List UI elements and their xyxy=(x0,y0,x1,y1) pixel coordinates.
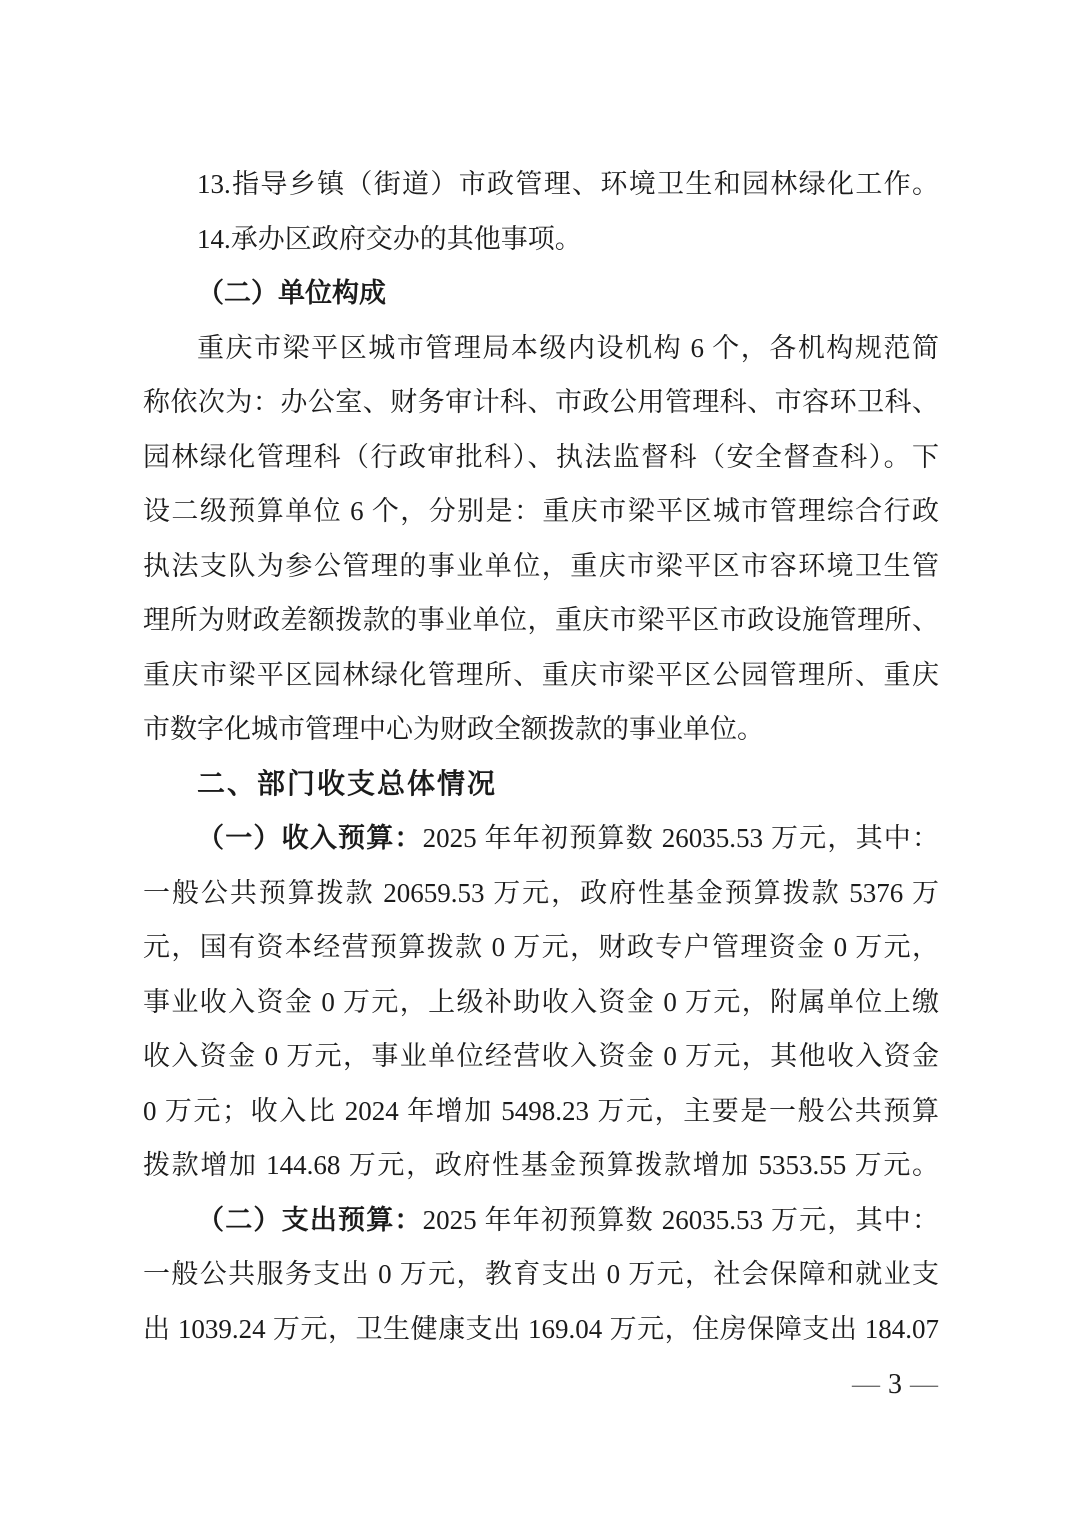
text-line: （二）支出预算：2025 年年初预算数 26035.53 万元，其中： xyxy=(143,1193,939,1248)
page-number: 3 xyxy=(888,1369,902,1400)
text-line: 园林绿化管理科（行政审批科）、执法监督科（安全督查科）。下 xyxy=(143,430,939,485)
text-line: 出 1039.24 万元，卫生健康支出 169.04 万元，住房保障支出 184… xyxy=(143,1302,939,1357)
footer-right-dash: — xyxy=(910,1369,938,1400)
text-line: 理所为财政差额拨款的事业单位，重庆市梁平区市政设施管理所、 xyxy=(143,593,939,648)
text-line: 执法支队为参公管理的事业单位，重庆市梁平区市容环境卫生管 xyxy=(143,539,939,594)
text-line: 0 万元；收入比 2024 年增加 5498.23 万元，主要是一般公共预算 xyxy=(143,1084,939,1139)
text-line: 元，国有资本经营预算拨款 0 万元，财政专户管理资金 0 万元， xyxy=(143,920,939,975)
text-line: 重庆市梁平区城市管理局本级内设机构 6 个，各机构规范简 xyxy=(143,321,939,376)
text-line: 事业收入资金 0 万元，上级补助收入资金 0 万元，附属单位上缴 xyxy=(143,975,939,1030)
text-line: 市数字化城市管理中心为财政全额拨款的事业单位。 xyxy=(143,702,939,757)
text-line: 14.承办区政府交办的其他事项。 xyxy=(143,212,939,267)
text-line: 收入资金 0 万元，事业单位经营收入资金 0 万元，其他收入资金 xyxy=(143,1029,939,1084)
text-line: 拨款增加 144.68 万元，政府性基金预算拨款增加 5353.55 万元。 xyxy=(143,1138,939,1193)
text-line: 称依次为：办公室、财务审计科、市政公用管理科、市容环卫科、 xyxy=(143,375,939,430)
text-line: （一）收入预算：2025 年年初预算数 26035.53 万元，其中： xyxy=(143,811,939,866)
text-line: 一般公共预算拨款 20659.53 万元，政府性基金预算拨款 5376 万 xyxy=(143,866,939,921)
line-text: 2025 年年初预算数 26035.53 万元，其中： xyxy=(423,1205,939,1235)
section-heading: 二、部门收支总体情况 xyxy=(143,757,939,812)
text-line: （二）单位构成 xyxy=(143,266,939,321)
document-page: 13.指导乡镇（街道）市政管理、环境卫生和园林绿化工作。14.承办区政府交办的其… xyxy=(0,0,1074,1520)
text-line: 重庆市梁平区园林绿化管理所、重庆市梁平区公园管理所、重庆 xyxy=(143,648,939,703)
text-line: 13.指导乡镇（街道）市政管理、环境卫生和园林绿化工作。 xyxy=(143,157,939,212)
line-label: （二）支出预算： xyxy=(197,1205,423,1235)
line-text: 2025 年年初预算数 26035.53 万元，其中： xyxy=(423,823,939,853)
footer-left-dash: — xyxy=(852,1369,880,1400)
document-content: 13.指导乡镇（街道）市政管理、环境卫生和园林绿化工作。14.承办区政府交办的其… xyxy=(143,157,939,1356)
text-line: 一般公共服务支出 0 万元，教育支出 0 万元，社会保障和就业支 xyxy=(143,1247,939,1302)
page-footer: —3— xyxy=(852,1366,938,1404)
text-line: 设二级预算单位 6 个，分别是：重庆市梁平区城市管理综合行政 xyxy=(143,484,939,539)
line-label: （一）收入预算： xyxy=(197,823,423,853)
